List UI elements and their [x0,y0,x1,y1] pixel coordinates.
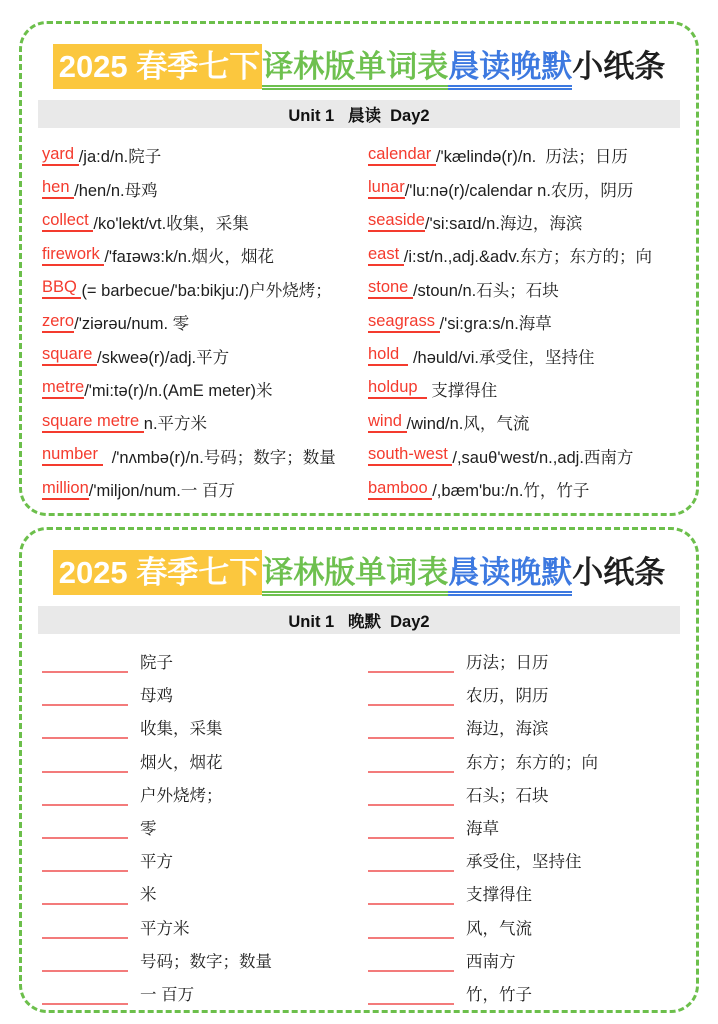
vocab-phonetic-meaning: /həuld/vi.承受住，坚持住 [408,344,594,368]
vocab-phonetic-meaning: (= barbecue/'ba:bikju:/)户外烧烤； [81,277,331,301]
dictation-row: 风，气流 [368,910,688,943]
answer-blank-line [368,923,454,939]
meaning-text: 海草 [466,815,499,839]
meaning-text: 收集，采集 [140,715,223,739]
vocab-row: zero/'ziərəu/num. 零 [42,305,368,338]
answer-blank-line [42,956,128,972]
vocab-row: wind /wind/n.风，气流 [368,406,688,439]
title-black-segment: 小纸条 [572,49,665,84]
title-green-segment: 译林版单词表 [262,555,448,596]
vocab-word: hen [42,178,74,199]
vocab-word: square [42,345,97,366]
vocab-row: BBQ (= barbecue/'ba:bikju:/)户外烧烤； [42,272,368,305]
vocab-row: calendar /'kælində(r)/n. 历法；日历 [368,139,688,172]
meaning-text: 院子 [140,649,173,673]
vocab-phonetic-meaning: /stoun/n.石头；石块 [413,277,559,301]
vocab-phonetic-meaning: /ja:d/n.院子 [79,143,162,167]
meaning-text: 零 [140,815,157,839]
vocab-row: square /skweə(r)/adj.平方 [42,339,368,372]
title-green-segment: 译林版单词表 [262,49,448,90]
dictation-row: 西南方 [368,943,688,976]
dictation-row: 院子 [42,645,368,678]
answer-blank-line [368,757,454,773]
vocab-row: yard /ja:d/n.院子 [42,139,368,172]
morning-section-header: Unit 1 晨读 Day2 [38,100,680,128]
meaning-text: 石头；石块 [466,782,549,806]
dictation-row: 烟火，烟花 [42,744,368,777]
sheet-title: 2025 春季七下译林版单词表晨读晚默小纸条 [22,550,696,597]
vocab-phonetic-meaning: /'faɪəwɜ:k/n.烟火，烟花 [104,243,274,267]
meaning-text: 一 百万 [140,981,194,1005]
answer-blank-line [42,790,128,806]
vocab-phonetic-meaning: /'ziərəu/num. 零 [74,310,189,334]
vocab-row: lunar/'lu:nə(r)/calendar n.农历，阴历 [368,172,688,205]
vocab-word: south-west [368,445,452,466]
vocab-phonetic-meaning: /'si:saɪd/n.海边，海滨 [425,210,583,234]
answer-blank-line [42,723,128,739]
title-blue-segment: 晨读晚默 [448,555,572,596]
dictation-row: 竹，竹子 [368,976,688,1009]
evening-left-column: 院子母鸡收集，采集烟火，烟花户外烧烤；零平方米平方米号码；数字；数量一 百万 [42,645,368,1010]
answer-blank-line [368,723,454,739]
answer-blank-line [42,889,128,905]
answer-blank-line [42,657,128,673]
vocab-phonetic-meaning: /'miljon/num.一 百万 [89,477,235,501]
meaning-text: 平方米 [140,915,190,939]
evening-section-header-label: Unit 1 晚默 Day2 [288,608,429,632]
dictation-row: 母鸡 [42,678,368,711]
dictation-row: 零 [42,810,368,843]
title-black-segment: 小纸条 [572,555,665,590]
vocab-row: firework /'faɪəwɜ:k/n.烟火，烟花 [42,239,368,272]
dictation-row: 历法；日历 [368,645,688,678]
vocab-word: yard [42,145,79,166]
answer-blank-line [368,889,454,905]
dictation-row: 支撑得住 [368,877,688,910]
answer-blank-line [368,657,454,673]
answer-blank-line [368,989,454,1005]
answer-blank-line [368,956,454,972]
title-blue-segment: 晨读晚默 [448,49,572,90]
dictation-row: 承受住，坚持住 [368,844,688,877]
meaning-text: 母鸡 [140,682,173,706]
vocab-phonetic-meaning: /hen/n.母鸡 [74,177,157,201]
answer-blank-line [42,856,128,872]
meaning-text: 东方；东方的；向 [466,749,598,773]
vocab-row: number /'nʌmbə(r)/n.号码；数字；数量 [42,439,368,472]
title-highlight-segment: 2025 春季七下 [53,550,263,595]
meaning-text: 西南方 [466,948,516,972]
vocab-row: south-west /,sauθ'west/n.,adj.西南方 [368,439,688,472]
dictation-row: 一 百万 [42,976,368,1009]
meaning-text: 承受住，坚持住 [466,848,582,872]
vocab-word: wind [368,412,407,433]
vocab-phonetic-meaning: /ko'lekt/vt.收集，采集 [93,210,248,234]
answer-blank-line [42,690,128,706]
vocab-word: million [42,479,89,500]
vocab-word: hold [368,345,408,366]
vocab-row: holdup 支撑得住 [368,372,688,405]
meaning-text: 烟火，烟花 [140,749,223,773]
answer-blank-line [368,856,454,872]
vocab-word: calendar [368,145,436,166]
vocab-word: firework [42,245,104,266]
meaning-text: 海边，海滨 [466,715,549,739]
vocab-row: seagrass /'si:gra:s/n.海草 [368,305,688,338]
vocab-row: bamboo /,bæm'bu:/n.竹，竹子 [368,472,688,505]
vocab-row: seaside/'si:saɪd/n.海边，海滨 [368,205,688,238]
vocab-word: east [368,245,404,266]
vocab-row: stone /stoun/n.石头；石块 [368,272,688,305]
answer-blank-line [368,823,454,839]
vocab-word: metre [42,378,84,399]
vocab-phonetic-meaning: 支撑得住 [427,377,498,401]
meaning-text: 户外烧烤； [140,782,223,806]
vocab-row: hold /həuld/vi.承受住，坚持住 [368,339,688,372]
morning-section-header-label: Unit 1 晨读 Day2 [288,102,429,126]
vocab-phonetic-meaning: n.平方米 [144,410,207,434]
dictation-row: 石头；石块 [368,777,688,810]
vocab-word: seaside [368,211,425,232]
meaning-text: 农历，阴历 [466,682,549,706]
vocab-word: seagrass [368,312,440,333]
vocab-word: number [42,445,103,466]
dictation-row: 收集，采集 [42,711,368,744]
vocab-word: holdup [368,378,427,399]
vocab-row: metre/'mi:tə(r)/n.(AmE meter)米 [42,372,368,405]
answer-blank-line [42,989,128,1005]
morning-reading-panel: 2025 春季七下译林版单词表晨读晚默小纸条 Unit 1 晨读 Day2 ya… [19,21,699,516]
meaning-text: 号码；数字；数量 [140,948,272,972]
vocab-word: bamboo [368,479,432,500]
morning-word-list: yard /ja:d/n.院子hen /hen/n.母鸡collect /ko'… [22,128,696,506]
dictation-row: 农历，阴历 [368,678,688,711]
evening-right-column: 历法；日历农历，阴历海边，海滨东方；东方的；向石头；石块海草承受住，坚持住支撑得… [368,645,688,1010]
meaning-text: 竹，竹子 [466,981,532,1005]
answer-blank-line [368,690,454,706]
vocab-phonetic-meaning: /'kælində(r)/n. 历法；日历 [436,143,628,167]
answer-blank-line [42,923,128,939]
vocab-word: stone [368,278,413,299]
evening-blank-list: 院子母鸡收集，采集烟火，烟花户外烧烤；零平方米平方米号码；数字；数量一 百万 历… [22,634,696,1010]
vocab-word: square metre [42,412,144,433]
evening-dictation-panel: 2025 春季七下译林版单词表晨读晚默小纸条 Unit 1 晚默 Day2 院子… [19,527,699,1013]
vocab-phonetic-meaning: /,bæm'bu:/n.竹，竹子 [432,477,589,501]
answer-blank-line [42,757,128,773]
vocab-phonetic-meaning: /wind/n.风，气流 [407,410,530,434]
dictation-row: 平方 [42,844,368,877]
dictation-row: 号码；数字；数量 [42,943,368,976]
dictation-row: 东方；东方的；向 [368,744,688,777]
dictation-row: 米 [42,877,368,910]
answer-blank-line [42,823,128,839]
meaning-text: 支撑得住 [466,881,532,905]
vocab-phonetic-meaning: /'nʌmbə(r)/n.号码；数字；数量 [103,444,336,468]
vocab-word: zero [42,312,74,333]
dictation-row: 海边，海滨 [368,711,688,744]
vocab-phonetic-meaning: /skweə(r)/adj.平方 [97,344,229,368]
vocab-phonetic-meaning: /i:st/n.,adj.&adv.东方；东方的；向 [404,243,652,267]
morning-left-column: yard /ja:d/n.院子hen /hen/n.母鸡collect /ko'… [42,139,368,506]
vocab-word: BBQ [42,278,81,299]
meaning-text: 历法；日历 [466,649,549,673]
morning-right-column: calendar /'kælində(r)/n. 历法；日历lunar/'lu:… [368,139,688,506]
evening-section-header: Unit 1 晚默 Day2 [38,606,680,634]
vocab-row: east /i:st/n.,adj.&adv.东方；东方的；向 [368,239,688,272]
vocab-word: lunar [368,178,405,199]
vocab-phonetic-meaning: /'lu:nə(r)/calendar n.农历，阴历 [405,177,634,201]
vocab-row: million/'miljon/num.一 百万 [42,472,368,505]
vocab-row: collect /ko'lekt/vt.收集，采集 [42,205,368,238]
dictation-row: 户外烧烤； [42,777,368,810]
dictation-row: 平方米 [42,910,368,943]
vocab-row: hen /hen/n.母鸡 [42,172,368,205]
sheet-title: 2025 春季七下译林版单词表晨读晚默小纸条 [22,44,696,91]
vocab-phonetic-meaning: /,sauθ'west/n.,adj.西南方 [452,444,633,468]
vocab-row: square metre n.平方米 [42,406,368,439]
answer-blank-line [368,790,454,806]
meaning-text: 风，气流 [466,915,532,939]
meaning-text: 米 [140,881,157,905]
vocab-phonetic-meaning: /'mi:tə(r)/n.(AmE meter)米 [84,377,272,401]
vocab-phonetic-meaning: /'si:gra:s/n.海草 [440,310,552,334]
vocab-word: collect [42,211,93,232]
meaning-text: 平方 [140,848,173,872]
dictation-row: 海草 [368,810,688,843]
title-highlight-segment: 2025 春季七下 [53,44,263,89]
